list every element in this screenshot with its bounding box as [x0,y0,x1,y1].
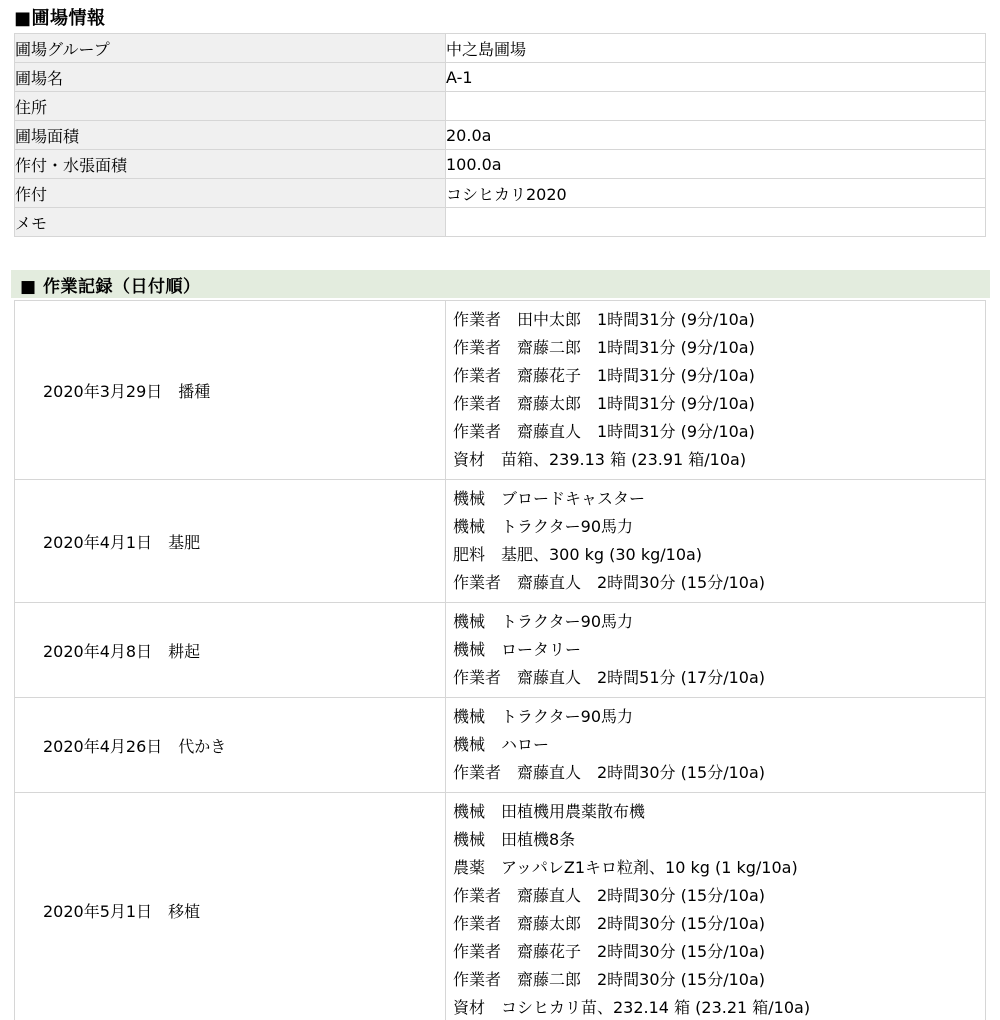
work-record-detail-line: 機械 ロータリー [453,636,979,664]
work-record-detail-line: 作業者 齋藤直人 2時間30分 (15分/10a) [453,569,979,597]
work-records-header-bar: ■ 作業記録（日付順） [11,270,990,298]
work-record-detail-line: 作業者 齋藤太郎 1時間31分 (9分/10a) [453,390,979,418]
field-info-value-cell: A-1 [446,63,986,92]
work-record-row: 2020年4月26日 代かき 機械 トラクター90馬力 機械 ハロー 作業者 齋… [15,698,986,793]
work-records-table: 2020年3月29日 播種 作業者 田中太郎 1時間31分 (9分/10a) 作… [14,300,986,1020]
work-record-date-cell: 2020年4月8日 耕起 [15,603,446,698]
work-record-detail-line: 機械 ハロー [453,731,979,759]
work-record-detail-line: 作業者 田中太郎 1時間31分 (9分/10a) [453,306,979,334]
field-info-label-cell: 圃場面積 [15,121,446,150]
work-record-detail-line: 作業者 齋藤直人 2時間30分 (15分/10a) [453,759,979,787]
work-record-detail-line: 作業者 齋藤花子 2時間30分 (15分/10a) [453,938,979,966]
field-info-row: メモ [15,208,986,237]
work-record-detail-line: 資材 苗箱、239.13 箱 (23.91 箱/10a) [453,446,979,474]
field-info-row: 住所 [15,92,986,121]
work-record-row: 2020年4月1日 基肥 機械 ブロードキャスター 機械 トラクター90馬力 肥… [15,480,986,603]
field-info-value-cell: 中之島圃場 [446,34,986,63]
work-record-details-cell: 機械 ブロードキャスター 機械 トラクター90馬力 肥料 基肥、300 kg (… [446,480,986,603]
work-record-detail-line: 機械 ブロードキャスター [453,485,979,513]
field-info-row: 作付・水張面積 100.0a [15,150,986,179]
work-record-detail-line: 作業者 齋藤花子 1時間31分 (9分/10a) [453,362,979,390]
work-record-row: 2020年4月8日 耕起 機械 トラクター90馬力 機械 ロータリー 作業者 齋… [15,603,986,698]
work-record-date-cell: 2020年4月26日 代かき [15,698,446,793]
field-info-value-cell: 20.0a [446,121,986,150]
work-record-date-cell: 2020年5月1日 移植 [15,793,446,1020]
work-record-details-cell: 機械 トラクター90馬力 機械 ロータリー 作業者 齋藤直人 2時間51分 (1… [446,603,986,698]
work-record-detail-line: 機械 トラクター90馬力 [453,608,979,636]
work-record-detail-line: 機械 トラクター90馬力 [453,513,979,541]
work-record-details-cell: 機械 トラクター90馬力 機械 ハロー 作業者 齋藤直人 2時間30分 (15分… [446,698,986,793]
work-record-details-cell: 作業者 田中太郎 1時間31分 (9分/10a) 作業者 齋藤二郎 1時間31分… [446,301,986,480]
work-record-detail-line: 作業者 齋藤二郎 2時間30分 (15分/10a) [453,966,979,994]
work-record-detail-line: 作業者 齋藤直人 1時間31分 (9分/10a) [453,418,979,446]
field-info-row: 作付 コシヒカリ2020 [15,179,986,208]
work-record-detail-line: 作業者 齋藤直人 2時間30分 (15分/10a) [453,882,979,910]
work-record-detail-line: 作業者 齋藤太郎 2時間30分 (15分/10a) [453,910,979,938]
work-record-detail-line: 機械 田植機8条 [453,826,979,854]
field-info-table: 圃場グループ 中之島圃場 圃場名 A-1 住所 圃場面積 20.0a [14,33,986,237]
work-record-details-cell: 機械 田植機用農薬散布機 機械 田植機8条 農薬 アッパレZ1キロ粒剤、10 k… [446,793,986,1020]
field-info-value-cell [446,92,986,121]
field-info-row: 圃場グループ 中之島圃場 [15,34,986,63]
field-info-label-cell: 住所 [15,92,446,121]
work-record-date-cell: 2020年4月1日 基肥 [15,480,446,603]
field-info-row: 圃場名 A-1 [15,63,986,92]
work-record-detail-line: 作業者 齋藤二郎 1時間31分 (9分/10a) [453,334,979,362]
work-record-row: 2020年3月29日 播種 作業者 田中太郎 1時間31分 (9分/10a) 作… [15,301,986,480]
field-info-label-cell: 圃場グループ [15,34,446,63]
work-record-detail-line: 肥料 基肥、300 kg (30 kg/10a) [453,541,979,569]
work-record-detail-line: 機械 田植機用農薬散布機 [453,798,979,826]
field-info-label-cell: メモ [15,208,446,237]
work-record-detail-line: 農薬 アッパレZ1キロ粒剤、10 kg (1 kg/10a) [453,854,979,882]
work-record-detail-line: 資材 コシヒカリ苗、232.14 箱 (23.21 箱/10a) [453,994,979,1020]
field-report-page: ■圃場情報 圃場グループ 中之島圃場 圃場名 A-1 住所 [0,6,1000,1020]
work-record-detail-line: 作業者 齋藤直人 2時間51分 (17分/10a) [453,664,979,692]
field-info-value-cell [446,208,986,237]
field-info-label-cell: 作付・水張面積 [15,150,446,179]
field-info-value-cell: 100.0a [446,150,986,179]
field-info-label-cell: 圃場名 [15,63,446,92]
field-info-row: 圃場面積 20.0a [15,121,986,150]
field-info-label-cell: 作付 [15,179,446,208]
work-record-date-cell: 2020年3月29日 播種 [15,301,446,480]
work-records-title: ■ 作業記録（日付順） [20,272,200,297]
field-info-value-cell: コシヒカリ2020 [446,179,986,208]
work-records-table-body: 2020年3月29日 播種 作業者 田中太郎 1時間31分 (9分/10a) 作… [15,301,986,1020]
work-record-row: 2020年5月1日 移植 機械 田植機用農薬散布機 機械 田植機8条 農薬 アッ… [15,793,986,1020]
work-record-detail-line: 機械 トラクター90馬力 [453,703,979,731]
field-info-table-body: 圃場グループ 中之島圃場 圃場名 A-1 住所 圃場面積 20.0a [15,34,986,237]
field-info-title: ■圃場情報 [14,6,1000,32]
